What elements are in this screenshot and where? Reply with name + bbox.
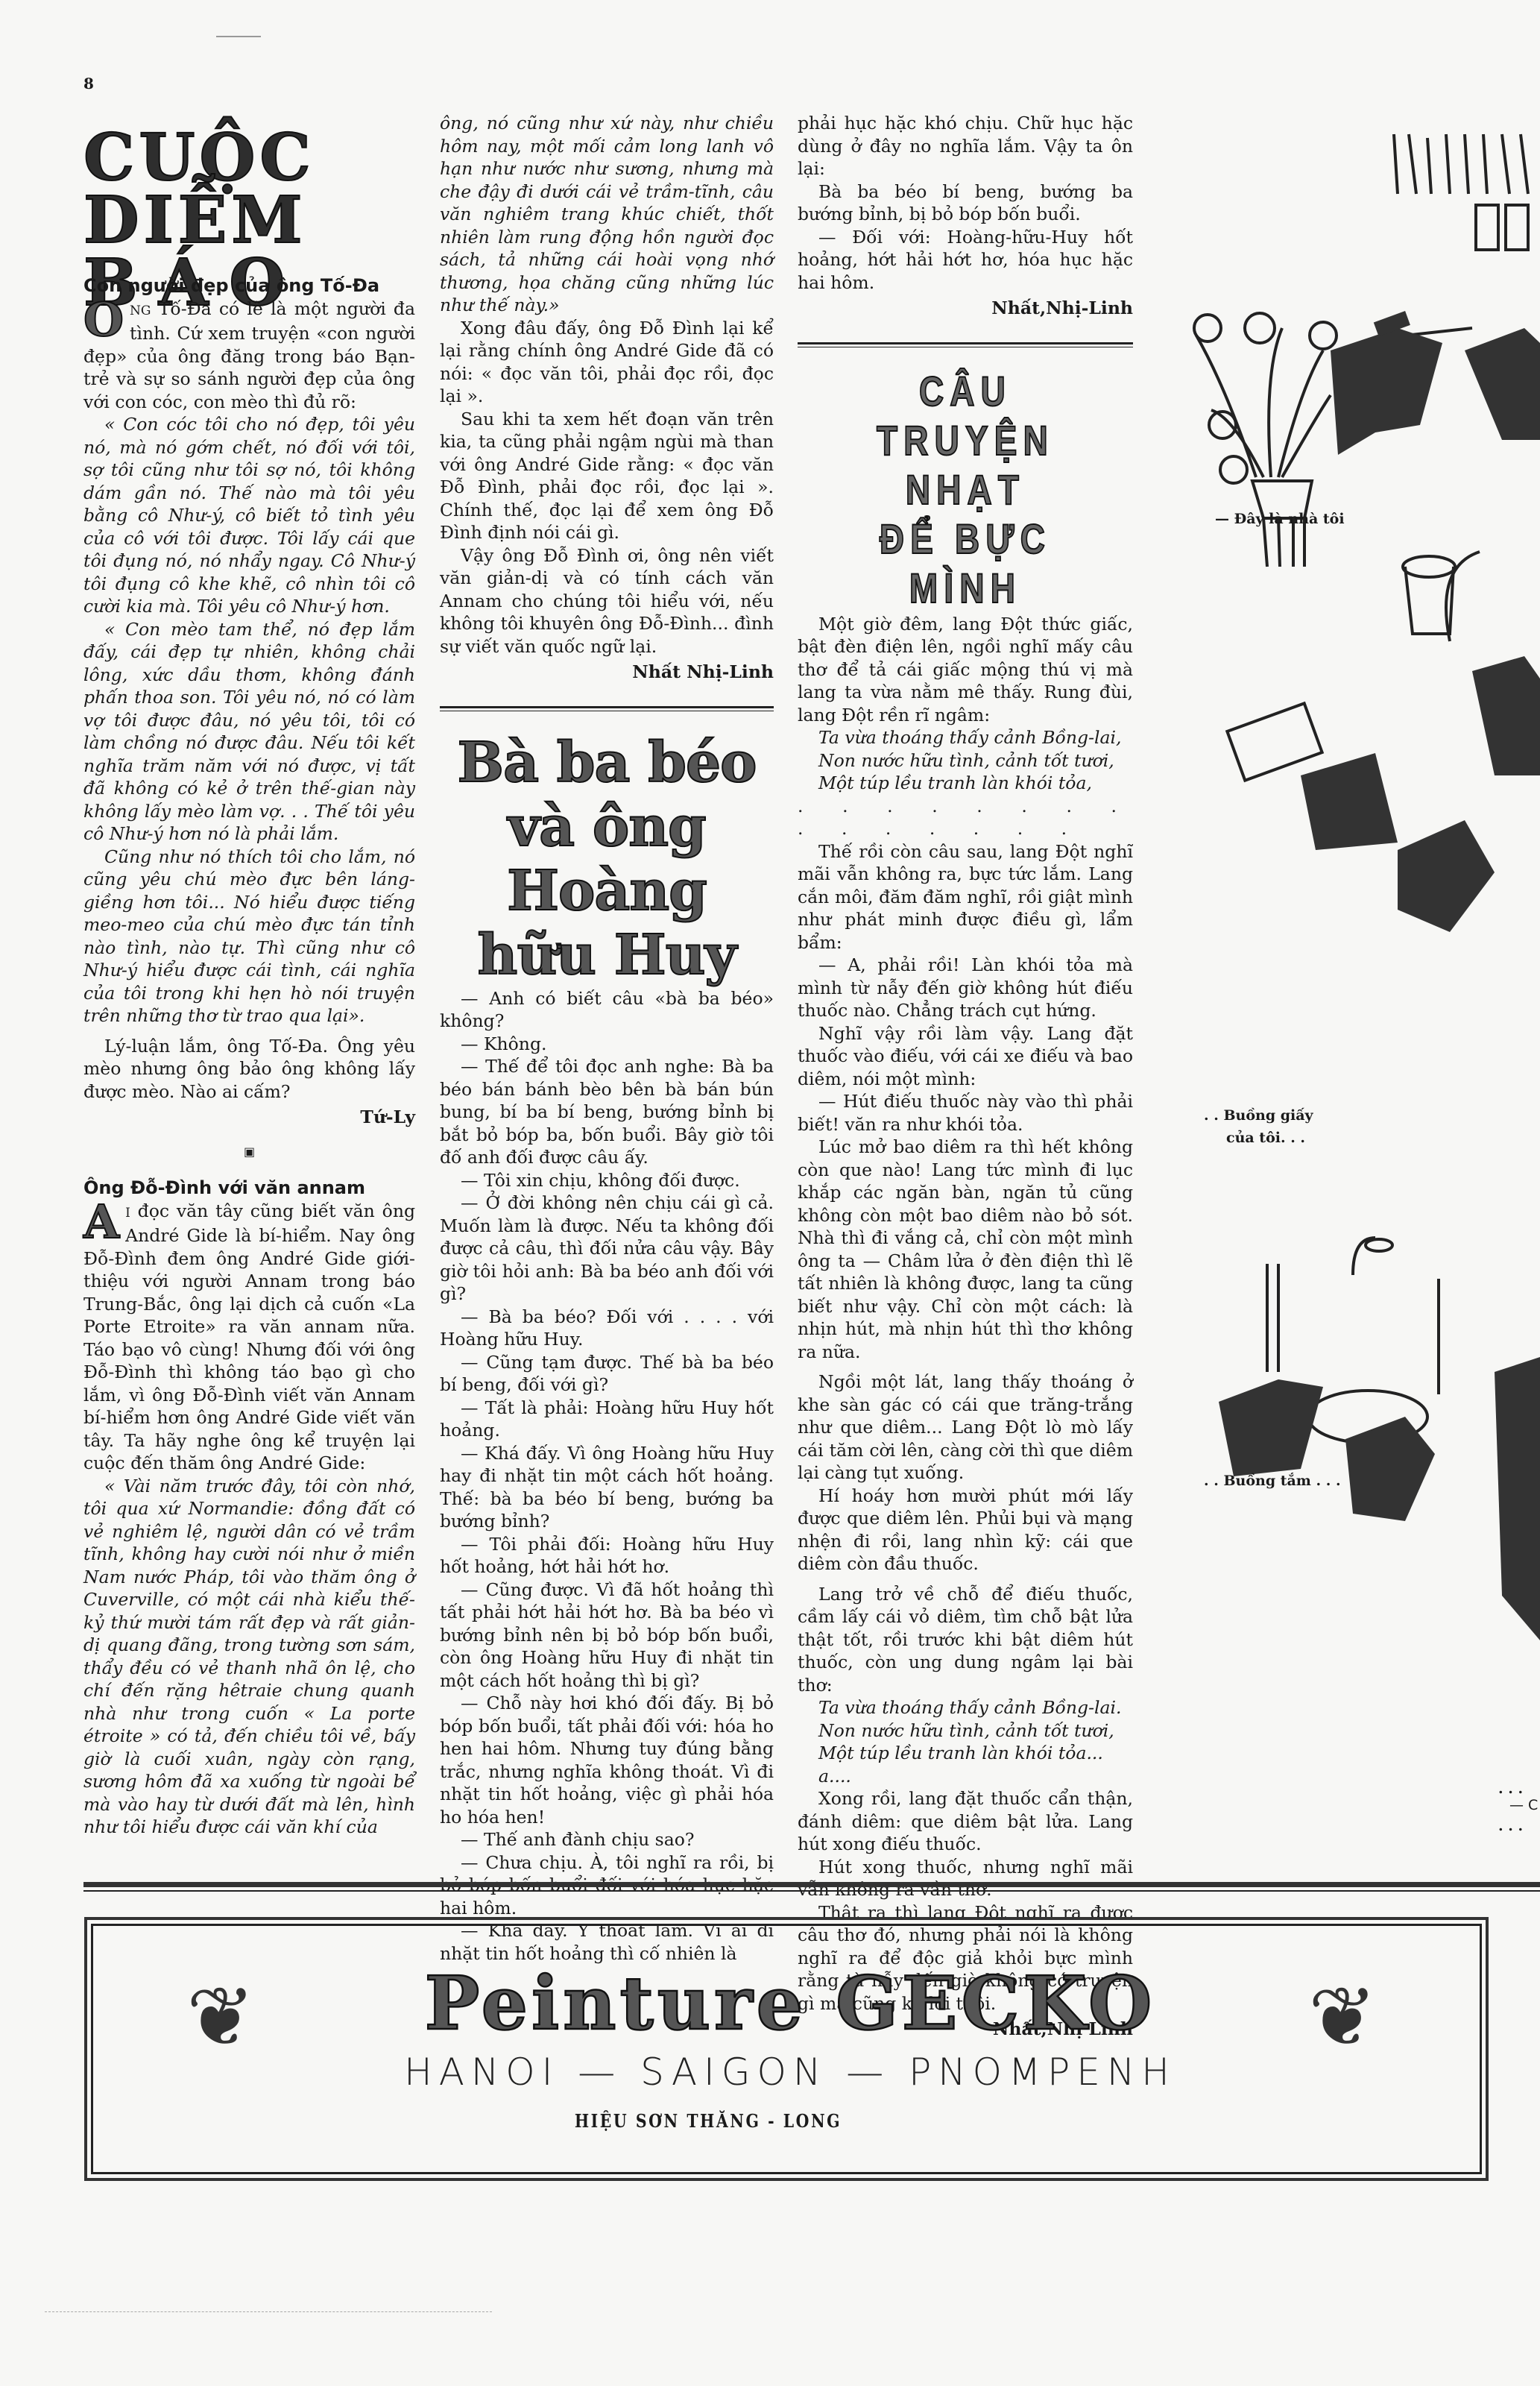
verse-line: Một túp lều tranh làn khói tỏa... a.... [798, 1742, 1133, 1787]
column-1: Con người đẹp của ông Tố-Đa ONG Tố-Đa có… [83, 274, 415, 1839]
cartoon-caption: . . . [1498, 1781, 1523, 1797]
cartoon-caption: . . Buồng tắm . . . [1204, 1473, 1341, 1489]
dialogue-line: — Khá đấy. Vì ông Hoàng hữu Huy hay đi n… [440, 1442, 774, 1533]
page-divider [83, 1882, 1540, 1887]
author-signature: Nhất,Nhị-Linh [798, 297, 1133, 320]
article-title: Con người đẹp của ông Tố-Đa [83, 274, 415, 298]
dialogue-line: — Anh có biết câu «bà ba béo» không? [440, 987, 774, 1033]
drop-cap: A [83, 1203, 119, 1241]
body-paragraph: — A, phải rồi! Làn khói tỏa mà mình từ n… [798, 954, 1133, 1022]
quote-paragraph: « Con mèo tam thể, nó đẹp lắm đấy, cái đ… [83, 618, 415, 846]
ad-shop-name: HIỆU SƠN THĂNG - LONG [487, 2110, 930, 2132]
dialogue-line: — Bà ba béo? Đối với . . . . với Hoàng h… [440, 1306, 774, 1351]
author-signature: Nhất Nhị-Linh [440, 661, 774, 684]
comment-paragraph: Lý-luận lắm, ông Tố-Đa. Ông yêu mèo nhưn… [83, 1035, 415, 1104]
body-paragraph: Ngồi một lát, lang thấy thoáng ở khe sàn… [798, 1370, 1133, 1485]
cartoon-illustration: — Đây là nhà tôi . . Buồng giấy của tôi.… [1152, 104, 1540, 1834]
dialogue-line: — Thế để tôi đọc anh nghe: Bà ba béo bán… [440, 1055, 774, 1169]
quote-paragraph: « Con cóc tôi cho nó đẹp, tôi yêu nó, mà… [83, 413, 415, 618]
dialogue-line: — Cũng được. Vì đã hốt hoảng thì tất phả… [440, 1578, 774, 1693]
cartoon-drawing-icon [1152, 104, 1540, 1834]
body-paragraph: Xong rồi, lang đặt thuốc cẩn thận, đánh … [798, 1787, 1133, 1856]
body-paragraph: — Hút điếu thuốc này vào thì phải biết! … [798, 1090, 1133, 1136]
verse-line: Non nước hữu tình, cảnh tốt tươi, [798, 749, 1133, 772]
column-3: phải hục hặc khó chịu. Chữ hục hặc dùng … [798, 112, 1133, 2041]
section-divider [440, 706, 774, 711]
body-paragraph: Sau khi ta xem hết đoạn văn trên kia, ta… [440, 408, 774, 544]
page-number: 8 [83, 75, 94, 92]
dialogue-line: — Không. [440, 1033, 774, 1056]
dialogue-line: — Thế anh đành chịu sao? [440, 1828, 774, 1851]
page-divider [83, 1890, 1540, 1892]
dialogue-line: — Tất là phải: Hoàng hữu Huy hốt hoảng. [440, 1397, 774, 1442]
top-rule [216, 36, 261, 37]
article-title: Bà ba béo và ông Hoàng hữu Huy [440, 731, 774, 987]
body-paragraph: Vậy ông Đỗ Đình ơi, ông nên viết văn giả… [440, 544, 774, 658]
body-paragraph: Hí hoáy hơn mười phút mới lấy được que d… [798, 1485, 1133, 1576]
recap-paragraph: — Đối với: Hoàng-hữu-Huy hốt hoảng, hớt … [798, 226, 1133, 295]
verse-line: Ta vừa thoáng thấy cảnh Bồng-lai. [798, 1696, 1133, 1719]
body-paragraph: Lúc mở bao diêm ra thì hết không còn que… [798, 1136, 1133, 1363]
quote-continuation: ông, nó cũng như xứ này, như chiều hôm n… [440, 112, 774, 317]
body-paragraph: Lang trở về chỗ để điếu thuốc, cầm lấy c… [798, 1583, 1133, 1697]
author-signature: Tứ-Ly [83, 1106, 415, 1129]
dialogue-line: — Tôi xin chịu, không đối được. [440, 1169, 774, 1192]
body-paragraph: Hút xong thuốc, nhưng nghĩ mãi vẫn không… [798, 1856, 1133, 1901]
section-divider [798, 342, 1133, 347]
column-2: ông, nó cũng như xứ này, như chiều hôm n… [440, 112, 774, 1965]
dialogue-line: — Tôi phải đối: Hoàng hữu Huy hốt hoảng,… [440, 1533, 774, 1578]
cartoon-caption: . . Buồng giấy [1204, 1107, 1313, 1124]
dialogue-line: — Ở đời không nên chịu cái gì cả. Muốn l… [440, 1192, 774, 1306]
drop-cap: O [83, 300, 124, 339]
quote-paragraph: Cũng như nó thích tôi cho lắm, nó cũng y… [83, 846, 415, 1027]
article-lead: AI đọc văn tây cũng biết văn ông André G… [83, 1200, 415, 1475]
section-ornament: ▣ [83, 1141, 415, 1164]
cartoon-caption: — Đây là nhà tôi [1215, 511, 1345, 527]
verse-line: Một túp lều tranh làn khói tỏa, [798, 772, 1133, 795]
cartoon-caption: của tôi. . . [1226, 1130, 1305, 1146]
dialogue-line: — Cũng tạm được. Thế bà ba béo bí beng, … [440, 1351, 774, 1397]
body-paragraph: Một giờ đêm, lang Đột thức giấc, bật đèn… [798, 613, 1133, 727]
masthead-line: CUỘC [83, 127, 277, 189]
recap-paragraph: Bà ba béo bí beng, bướng ba bướng bỉnh, … [798, 180, 1133, 226]
body-paragraph: phải hục hặc khó chịu. Chữ hục hặc dùng … [798, 112, 1133, 180]
article-title-line: CÂU TRUYỆN NHẠT [828, 367, 1103, 514]
article-lead: ONG Tố-Đa có lẽ là một người đa tình. Cứ… [83, 298, 415, 414]
body-paragraph: Thế rồi còn câu sau, lang Đột nghĩ mãi v… [798, 840, 1133, 954]
article-title: Ông Đỗ-Đình với văn annam [83, 1177, 415, 1200]
dialogue-line: — Chỗ này hơi khó đối đấy. Bị bỏ bóp bốn… [440, 1692, 774, 1828]
masthead-line: DIỄM [83, 189, 277, 252]
body-paragraph: Nghĩ vậy rồi làm vậy. Lang đặt thuốc vào… [798, 1022, 1133, 1091]
verse-line: Ta vừa thoáng thấy cảnh Bồng-lai, [798, 726, 1133, 749]
flourish-right-icon: ❦ [1308, 1976, 1377, 2058]
ad-brand: Peinture GECKO [276, 1961, 1304, 2047]
body-paragraph: Xong đâu đấy, ông Đỗ Đình lại kể lại rằn… [440, 317, 774, 408]
ellipsis-row: . . . . . . . . . . . . . . . [798, 795, 1133, 840]
flourish-left-icon: ❦ [186, 1976, 255, 2058]
cartoon-caption: — C [1509, 1797, 1538, 1813]
verse-line: Non nước hữu tình, cảnh tốt tươi, [798, 1719, 1133, 1743]
print-specks [45, 2311, 492, 2313]
cartoon-caption: . . . [1498, 1818, 1523, 1834]
quote-paragraph: « Vài năm trước đây, tôi còn nhớ, tôi qu… [83, 1475, 415, 1839]
article-title-line: ĐỂ BỰC MÌNH [828, 514, 1103, 613]
ad-cities: HANOI — SAIGON — PNOMPENH [276, 2050, 1304, 2094]
